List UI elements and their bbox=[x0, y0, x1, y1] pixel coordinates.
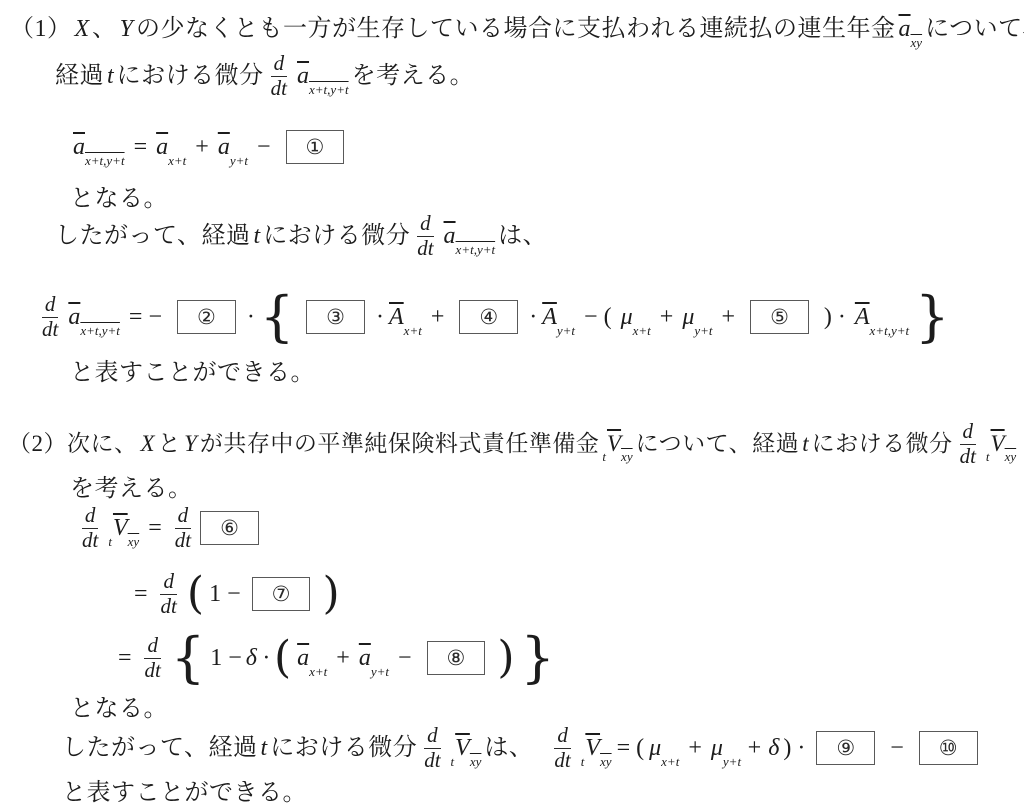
fraction-numerator: d bbox=[417, 212, 434, 237]
subscript-xy-bar: xy bbox=[1005, 449, 1017, 464]
bibun-text: における微分 bbox=[812, 430, 953, 459]
var-t: t bbox=[107, 61, 114, 91]
subscript-xt: x+t bbox=[661, 754, 679, 769]
bibun-text: における微分 bbox=[263, 221, 410, 251]
tonaru-text: となる。 bbox=[70, 184, 168, 214]
fraction-numerator: d bbox=[144, 634, 161, 659]
answer-box-4: ④ bbox=[459, 300, 518, 334]
minus-open-paren: − ( bbox=[584, 302, 612, 332]
reserve-symbol: tVxy bbox=[108, 513, 139, 543]
answer-box-2: ② bbox=[177, 300, 236, 334]
fraction-d-dt: ddt bbox=[142, 634, 164, 682]
var-Y: Y bbox=[120, 14, 133, 44]
fraction-d-dt: ddt bbox=[414, 212, 436, 260]
minus-sign: − bbox=[890, 733, 904, 763]
annuity-joint-time-symbol: ax+t,y+t bbox=[73, 132, 125, 162]
pre-subscript-t: t bbox=[451, 754, 455, 769]
tonaru-line-2: となる。 bbox=[70, 694, 168, 724]
fraction-denominator: dt bbox=[414, 237, 436, 261]
answer-box-1: ① bbox=[286, 130, 345, 164]
bibun-text: における微分 bbox=[270, 733, 417, 763]
fraction-d-dt: ddt bbox=[172, 504, 194, 552]
subscript-xtyt: x+t,y+t bbox=[870, 323, 910, 338]
var-X: X bbox=[141, 430, 155, 459]
subscript-xt: x+t bbox=[168, 153, 186, 168]
a-bar: a bbox=[68, 304, 80, 330]
subscript-yt: y+t bbox=[694, 323, 712, 338]
fraction-d-dt: ddt bbox=[421, 724, 443, 772]
fraction-d-dt: ddt bbox=[957, 420, 979, 468]
keika-text: 経過 bbox=[55, 61, 104, 91]
part2-label: （2） bbox=[8, 430, 67, 459]
subscript-yt: y+t bbox=[723, 754, 741, 769]
A-bar: A bbox=[389, 304, 404, 330]
answer-box-3: ③ bbox=[306, 300, 365, 334]
p2-about-keika-text: について、経過 bbox=[636, 430, 800, 459]
V-bar: V bbox=[113, 515, 128, 541]
equals-minus-sign: = − bbox=[129, 302, 162, 332]
pre-subscript-t: t bbox=[108, 534, 112, 549]
pre-subscript-t: t bbox=[986, 449, 990, 464]
p2-therefore-line: したがって、経過 t における微分 ddt tVxy は、 ddt tVxy =… bbox=[62, 724, 987, 772]
fraction-denominator: dt bbox=[957, 445, 979, 469]
fraction-denominator: dt bbox=[158, 595, 180, 619]
mu: μ bbox=[682, 304, 694, 330]
mu-x-symbol: μx+t bbox=[621, 302, 651, 332]
cdot-sign: · bbox=[529, 302, 537, 332]
var-t: t bbox=[802, 430, 808, 459]
assurance-y-symbol: Ay+t bbox=[542, 302, 575, 332]
subscript-xtyt-bar: x+t,y+t bbox=[85, 153, 125, 168]
A-bar: A bbox=[855, 304, 870, 330]
fraction-numerator: d bbox=[960, 420, 977, 445]
mu-y-symbol: μy+t bbox=[682, 302, 712, 332]
minus-sign: − bbox=[257, 132, 271, 162]
bibun-text: における微分 bbox=[117, 61, 264, 91]
annuity-last-survivor-symbol: axy bbox=[899, 14, 923, 44]
fraction-denominator: dt bbox=[421, 749, 443, 773]
fraction-denominator: dt bbox=[142, 659, 164, 683]
mu-x-symbol: μx+t bbox=[649, 733, 679, 763]
fraction-d-dt: ddt bbox=[39, 293, 61, 341]
subscript-xtyt-bar: x+t,y+t bbox=[456, 242, 496, 257]
can-express-text: と表すことができる。 bbox=[70, 358, 315, 388]
var-Y: Y bbox=[184, 430, 197, 459]
plus-delta: + δ bbox=[746, 733, 779, 763]
answer-box-5: ⑤ bbox=[750, 300, 809, 334]
fraction-denominator: dt bbox=[551, 749, 573, 773]
consider-line-2: を考える。 bbox=[70, 474, 193, 504]
fraction-numerator: d bbox=[160, 570, 177, 595]
annuity-y-symbol: ay+t bbox=[218, 132, 248, 162]
one-minus: 1 − bbox=[210, 643, 242, 673]
close-paren-cdot: ) · bbox=[783, 733, 805, 763]
subscript-xy-bar: xy bbox=[600, 754, 612, 769]
shitagatte-text: したがって、経過 bbox=[55, 221, 251, 251]
can-express-text: と表すことができる。 bbox=[62, 778, 307, 808]
equals-sign: = bbox=[134, 132, 148, 162]
shitagatte-text: したがって、経過 bbox=[62, 733, 258, 763]
var-X: X bbox=[75, 14, 90, 44]
consider-text: を考える。 bbox=[352, 61, 475, 91]
plus-sign: + bbox=[688, 733, 702, 763]
subscript-xtyt-bar: x+t,y+t bbox=[309, 82, 349, 97]
cdot-sign: · bbox=[376, 302, 384, 332]
a-bar: a bbox=[899, 16, 911, 42]
subscript-xy-bar: xy bbox=[128, 534, 140, 549]
fraction-denominator: dt bbox=[39, 318, 61, 342]
wa-text: は、 bbox=[484, 733, 533, 763]
pre-subscript-t: t bbox=[581, 754, 585, 769]
answer-box-7: ⑦ bbox=[252, 577, 311, 611]
equals-sign: = bbox=[134, 579, 148, 609]
p1-about-text: について、 bbox=[925, 14, 1024, 44]
equation-8: = ddt { 1 − δ · ( ax+t + ay+t − ⑧ ) } bbox=[112, 634, 558, 682]
tonaru-text: となる。 bbox=[70, 694, 168, 724]
A-bar: A bbox=[542, 304, 557, 330]
fraction-numerator: d bbox=[42, 293, 59, 318]
subscript-xt: x+t bbox=[309, 664, 327, 679]
equals-open-paren: = ( bbox=[617, 733, 645, 763]
annuity-joint-time-symbol: ax+t,y+t bbox=[297, 61, 349, 91]
subscript-xt: x+t bbox=[633, 323, 651, 338]
close-paren-cdot: ) · bbox=[824, 302, 846, 332]
reserve-symbol: tVxy bbox=[451, 733, 482, 763]
fraction-d-dt: ddt bbox=[158, 570, 180, 618]
V-bar: V bbox=[991, 431, 1005, 456]
V-bar: V bbox=[455, 735, 470, 761]
p1-intro-line: （1） X 、 Y の少なくとも一方が生存している場合に支払われる連続払の連生年… bbox=[10, 14, 1024, 44]
plus-sign: + bbox=[660, 302, 674, 332]
one-minus: 1 − bbox=[209, 579, 241, 609]
p2-and-text: と bbox=[158, 430, 182, 459]
fraction-numerator: d bbox=[424, 724, 441, 749]
equation-7: = ddt ( 1 − ⑦ ) bbox=[128, 570, 343, 618]
fraction-numerator: d bbox=[271, 52, 288, 77]
part1-label: （1） bbox=[10, 14, 72, 44]
p1-derivative-line: 経過 t における微分 ddt ax+t,y+t を考える。 bbox=[55, 52, 474, 100]
plus-sign: + bbox=[336, 643, 350, 673]
minus-sign: − bbox=[398, 643, 412, 673]
equation-1: ax+t,y+t = ax+t + ay+t − ① bbox=[70, 130, 353, 164]
fraction-d-dt: ddt bbox=[551, 724, 573, 772]
annuity-joint-time-symbol: ax+t,y+t bbox=[444, 221, 496, 251]
var-t: t bbox=[261, 733, 268, 763]
plus-sign: + bbox=[195, 132, 209, 162]
annuity-x-symbol: ax+t bbox=[156, 132, 186, 162]
a-bar: a bbox=[73, 134, 85, 160]
annuity-x-symbol: ax+t bbox=[297, 643, 327, 673]
p1-therefore-line: したがって、経過 t における微分 ddt ax+t,y+t は、 bbox=[55, 212, 547, 260]
p2-next-text: 次に、 bbox=[67, 430, 138, 459]
answer-box-10: ⑩ bbox=[919, 731, 978, 765]
reserve-symbol: tVxy bbox=[581, 733, 612, 763]
subscript-xtyt-bar: x+t,y+t bbox=[80, 323, 120, 338]
subscript-xy-bar: xy bbox=[470, 754, 482, 769]
exam-document-page: （1） X 、 Y の少なくとも一方が生存している場合に支払われる連続払の連生年… bbox=[0, 0, 1024, 809]
a-bar: a bbox=[156, 134, 168, 160]
express-line-1: と表すことができる。 bbox=[70, 358, 315, 388]
V-bar: V bbox=[585, 735, 600, 761]
p2-reserve-text: が共存中の平準純保険料式責任準備金 bbox=[200, 430, 600, 459]
fraction-d-dt: ddt bbox=[79, 504, 101, 552]
mu-y-symbol: μy+t bbox=[711, 733, 741, 763]
p1-intro-text: の少なくとも一方が生存している場合に支払われる連続払の連生年金 bbox=[136, 14, 896, 44]
comma: 、 bbox=[92, 14, 117, 44]
tonaru-line-1: となる。 bbox=[70, 184, 168, 214]
fraction-numerator: d bbox=[82, 504, 99, 529]
mu: μ bbox=[711, 735, 723, 761]
p2-intro-line: （2） 次に、 X と Y が共存中の平準純保険料式責任準備金 tVxy につい… bbox=[8, 420, 1019, 468]
annuity-joint-time-symbol: ax+t,y+t bbox=[68, 302, 120, 332]
a-bar: a bbox=[444, 223, 456, 249]
answer-box-8: ⑧ bbox=[427, 641, 486, 675]
a-bar: a bbox=[297, 645, 309, 671]
assurance-joint-symbol: Ax+t,y+t bbox=[855, 302, 909, 332]
a-bar: a bbox=[218, 134, 230, 160]
fraction-numerator: d bbox=[554, 724, 571, 749]
subscript-xy-bar: xy bbox=[621, 449, 633, 464]
fraction-denominator: dt bbox=[268, 77, 290, 101]
fraction-denominator: dt bbox=[172, 529, 194, 553]
consider-text: を考える。 bbox=[70, 474, 193, 504]
equation-2: ddt ax+t,y+t = − ② · { ③ · Ax+t + ④ · Ay… bbox=[35, 293, 952, 341]
express-line-2: と表すことができる。 bbox=[62, 778, 307, 808]
answer-box-6: ⑥ bbox=[200, 511, 259, 545]
mu: μ bbox=[621, 304, 633, 330]
answer-box-9: ⑨ bbox=[816, 731, 875, 765]
assurance-x-symbol: Ax+t bbox=[389, 302, 422, 332]
equals-sign: = bbox=[148, 513, 162, 543]
delta-cdot: δ · bbox=[246, 643, 269, 673]
equation-6: ddt tVxy = ddt ⑥ bbox=[75, 504, 268, 552]
plus-sign: + bbox=[431, 302, 445, 332]
subscript-xy-bar: xy bbox=[911, 35, 923, 50]
pre-subscript-t: t bbox=[602, 449, 606, 464]
a-bar: a bbox=[297, 63, 309, 89]
wa-text: は、 bbox=[498, 221, 547, 251]
cdot-sign: · bbox=[247, 302, 255, 332]
V-bar: V bbox=[607, 431, 621, 456]
fraction-numerator: d bbox=[175, 504, 192, 529]
subscript-yt: y+t bbox=[230, 153, 248, 168]
fraction-d-dt: ddt bbox=[268, 52, 290, 100]
subscript-yt: y+t bbox=[557, 323, 575, 338]
subscript-yt: y+t bbox=[371, 664, 389, 679]
subscript-xt: x+t bbox=[404, 323, 422, 338]
mu: μ bbox=[649, 735, 661, 761]
var-t: t bbox=[254, 221, 261, 251]
reserve-symbol: tVxy bbox=[602, 430, 632, 459]
plus-sign: + bbox=[722, 302, 736, 332]
annuity-y-symbol: ay+t bbox=[359, 643, 389, 673]
equals-sign: = bbox=[118, 643, 132, 673]
reserve-symbol: tVxy bbox=[986, 430, 1016, 459]
a-bar: a bbox=[359, 645, 371, 671]
fraction-denominator: dt bbox=[79, 529, 101, 553]
